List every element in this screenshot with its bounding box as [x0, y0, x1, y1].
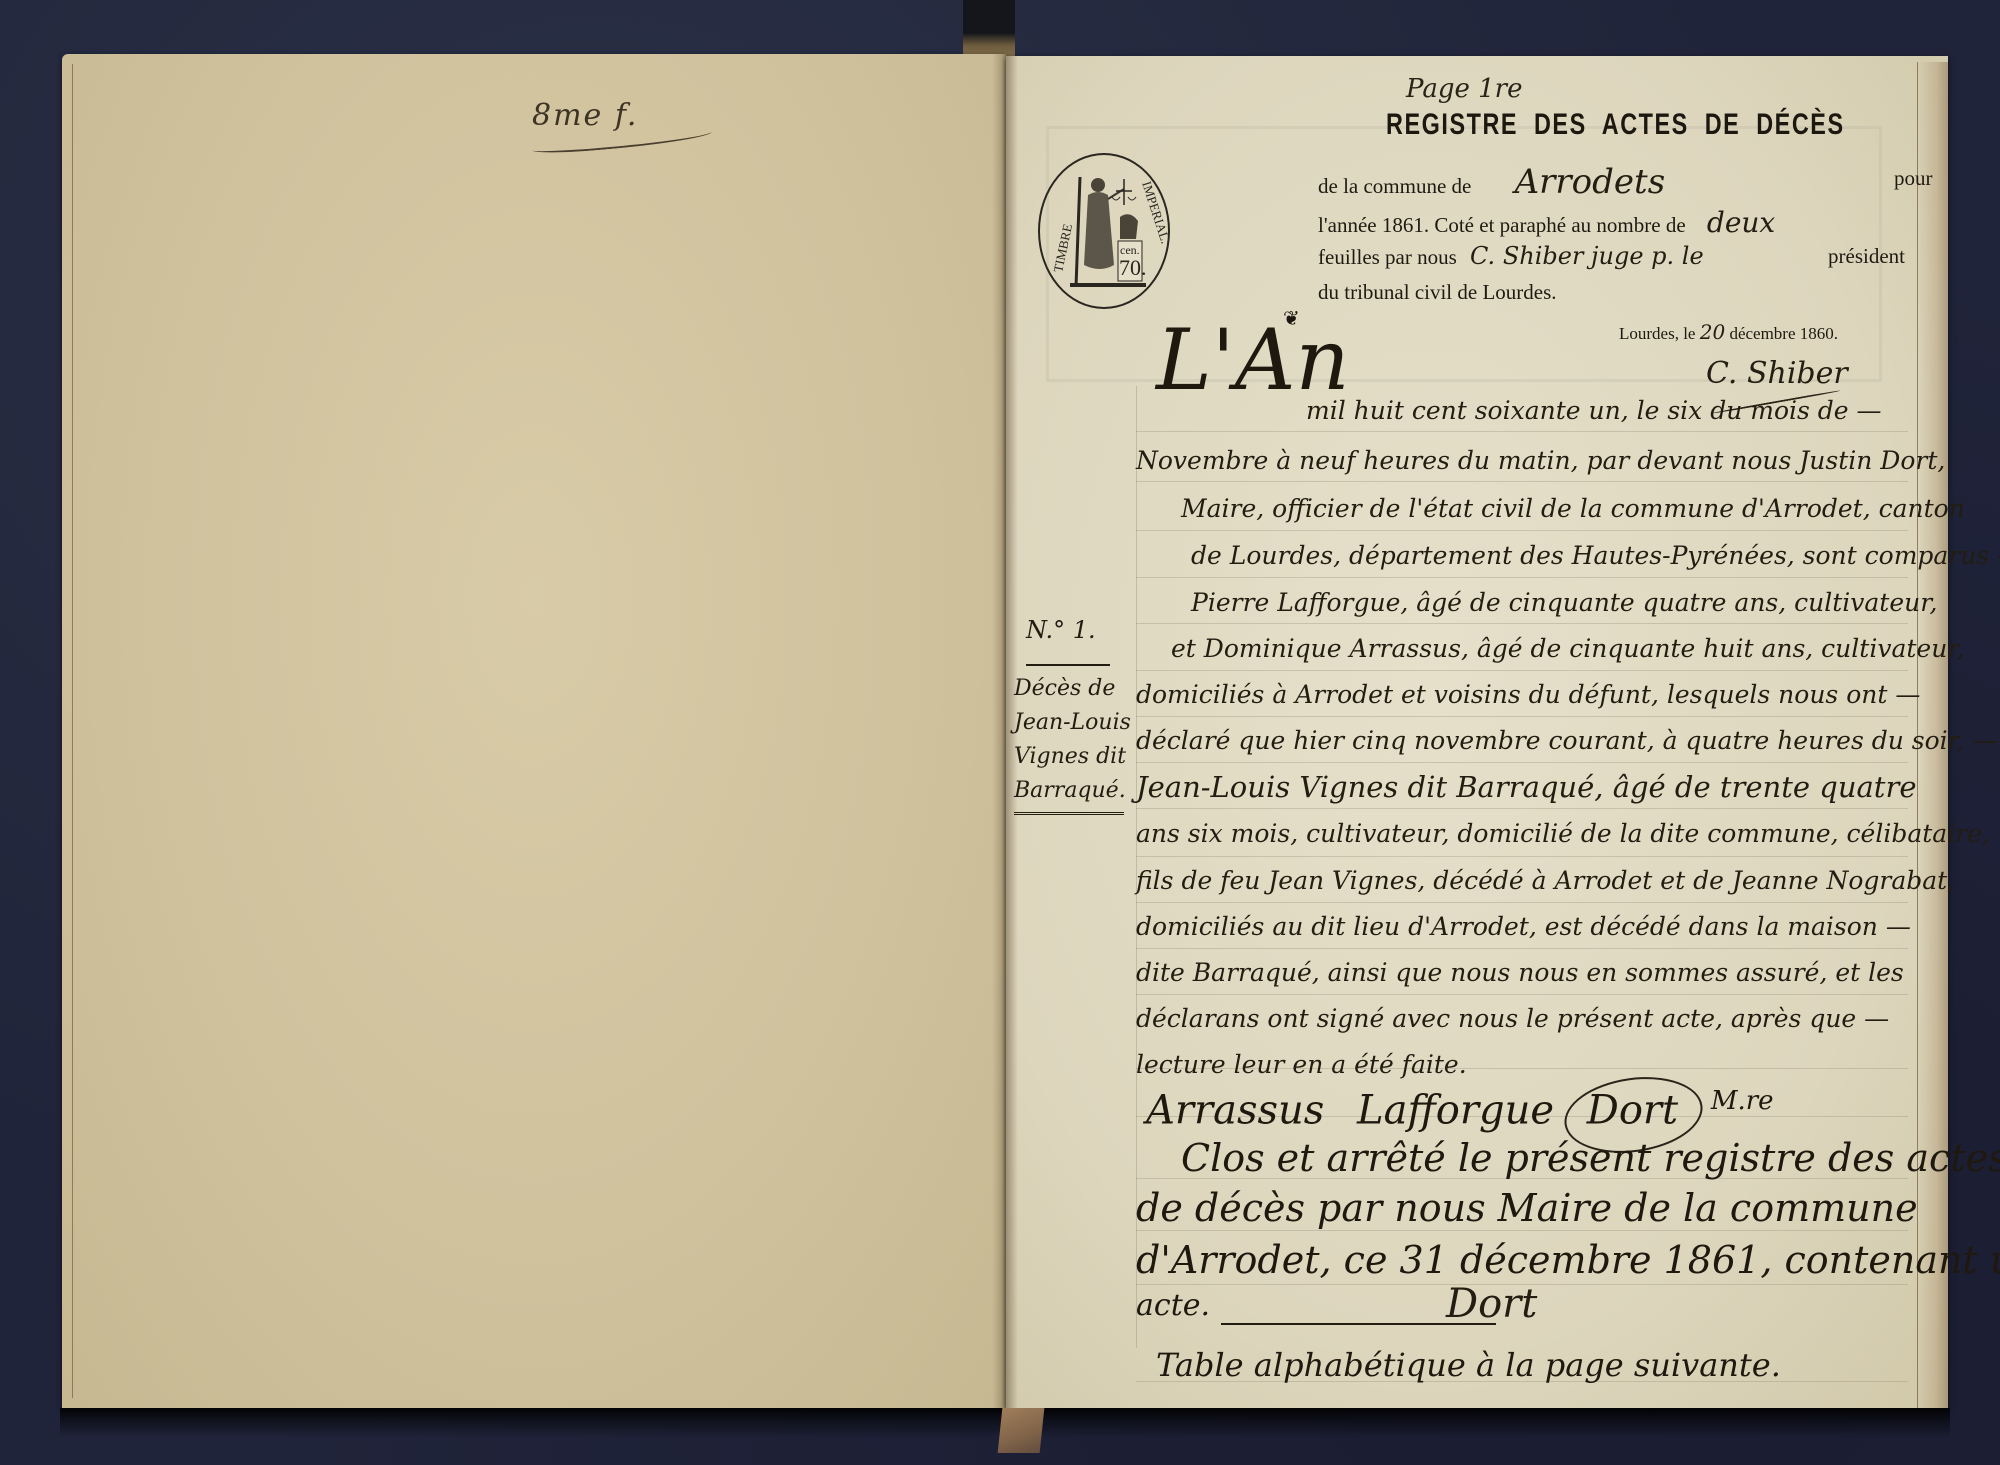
- sheet-count: deux: [1707, 206, 1775, 239]
- table-note: Table alphabétique à la page suivante.: [1156, 1346, 1781, 1384]
- left-page-gutter: [992, 54, 1006, 1408]
- header-feuilles-text: feuilles par nous: [1318, 245, 1457, 269]
- act-line: domiciliés au dit lieu d'Arrodet, est dé…: [1136, 912, 1911, 941]
- ruled-line: [1136, 577, 1908, 578]
- stamp-right-text: IMPERIAL.: [1139, 179, 1168, 245]
- ruled-line: [1136, 481, 1908, 482]
- ruled-line: [1136, 994, 1908, 995]
- ruled-line: [1136, 856, 1908, 857]
- book-spine-top: [963, 0, 1015, 60]
- act-line: Novembre à neuf heures du matin, par dev…: [1136, 446, 1945, 475]
- ruled-line: [1136, 808, 1908, 809]
- header-commune-label: de la commune de: [1318, 174, 1471, 198]
- book-spine-bottom: [998, 1408, 1045, 1453]
- act-number: N.° 1.: [1014, 616, 1132, 644]
- ruled-line: [1136, 623, 1908, 624]
- margin-line: Barraqué.: [1014, 774, 1132, 808]
- act-line: dite Barraqué, ainsi que nous nous en so…: [1136, 958, 1904, 987]
- ruled-line: [1136, 902, 1908, 903]
- closing-line: de décès par nous Maire de la commune: [1136, 1186, 1918, 1230]
- left-page-edge: [72, 64, 73, 1398]
- ruled-line: [1136, 1230, 1908, 1231]
- margin-line: Vignes dit: [1014, 740, 1132, 774]
- margin-line: Jean-Louis: [1014, 706, 1132, 740]
- act-line: de Lourdes, département des Hautes-Pyrén…: [1191, 541, 2000, 570]
- act-line: mil huit cent soixante un, le six du moi…: [1306, 396, 1882, 425]
- place-date-prefix: Lourdes, le: [1619, 324, 1695, 343]
- act-line: ans six mois, cultivateur, domicilié de …: [1136, 819, 1990, 848]
- signature-maire: M.re: [1711, 1086, 1774, 1116]
- act-line: déclaré que hier cinq novembre courant, …: [1136, 726, 1998, 755]
- closing-line: Clos et arrêté le présent registre des a…: [1181, 1136, 2000, 1180]
- register-title: REGISTRE DES ACTES DE DÉCÈS: [1386, 108, 1845, 142]
- act-line: domiciliés à Arrodet et voisins du défun…: [1136, 680, 1920, 709]
- closing-separator: [1221, 1323, 1496, 1325]
- act-line: déclarans ont signé avec nous le présent…: [1136, 1004, 1889, 1033]
- header-line-1: de la commune de Arrodets: [1318, 162, 1665, 202]
- header-line-4: du tribunal civil de Lourdes.: [1318, 280, 1557, 305]
- act-line: fils de feu Jean Vignes, décédé à Arrode…: [1136, 866, 1955, 895]
- page-number: Page 1re: [1406, 74, 1522, 104]
- justice-figure-icon: TIMBRE IMPERIAL.: [1040, 155, 1168, 307]
- place-date-day: 20: [1700, 320, 1725, 344]
- header-year-text: l'année 1861. Coté et paraphé au nombre …: [1318, 213, 1686, 237]
- margin-separator: [1026, 664, 1110, 666]
- header-line-2: l'année 1861. Coté et paraphé au nombre …: [1318, 206, 1775, 239]
- header-president: président: [1828, 244, 1905, 269]
- judge-signature: C. Shiber: [1706, 356, 1848, 391]
- act-line: Maire, officier de l'état civil de la co…: [1181, 494, 1965, 523]
- place-date-suffix: décembre 1860.: [1729, 324, 1838, 343]
- left-page: 8me f.: [62, 54, 1006, 1408]
- stamp-value: 70.: [1119, 255, 1147, 281]
- ruled-line: [1136, 431, 1908, 432]
- place-date: Lourdes, le 20 décembre 1860.: [1619, 320, 1838, 344]
- stamp-left-text: TIMBRE: [1050, 222, 1075, 273]
- ruled-line: [1136, 948, 1908, 949]
- ruled-line: [1136, 716, 1908, 717]
- judge-name: C. Shiber juge p. le: [1470, 242, 1704, 270]
- closing-line: acte.: [1136, 1288, 1210, 1323]
- left-page-annotation: 8me f.: [532, 98, 638, 133]
- header-pour: pour: [1894, 166, 1933, 191]
- ruled-line: [1136, 530, 1908, 531]
- right-page: Page 1re REGISTRE DES ACTES DE DÉCÈS TIM…: [1006, 56, 1948, 1408]
- imperial-stamp: TIMBRE IMPERIAL. cen. 70.: [1038, 153, 1170, 309]
- margin-line: Décès de: [1014, 672, 1132, 706]
- act-line: lecture leur en a été faite.: [1136, 1050, 1467, 1079]
- act-drop-cap: L'An: [1156, 311, 1350, 409]
- closing-signature: Dort: [1446, 1281, 1537, 1327]
- act-line: et Dominique Arrassus, âgé de cinquante …: [1171, 634, 1964, 663]
- header-line-3: feuilles par nous C. Shiber juge p. le: [1318, 242, 1704, 270]
- act-line-deceased: Jean-Louis Vignes dit Barraqué, âgé de t…: [1136, 770, 1916, 804]
- closing-line: d'Arrodet, ce 31 décembre 1861, contenan…: [1136, 1238, 2000, 1282]
- margin-entry: N.° 1. Décès de Jean-Louis Vignes dit Ba…: [1014, 616, 1132, 815]
- margin-double-rule: [1014, 812, 1124, 815]
- ruled-line: [1136, 762, 1908, 763]
- signature-lafforgue: Lafforgue: [1357, 1087, 1554, 1133]
- commune-name: Arrodets: [1515, 162, 1666, 202]
- ruled-line: [1136, 670, 1908, 671]
- signature-arrassus: Arrassus: [1146, 1087, 1324, 1133]
- act-line: Pierre Lafforgue, âgé de cinquante quatr…: [1191, 588, 1937, 617]
